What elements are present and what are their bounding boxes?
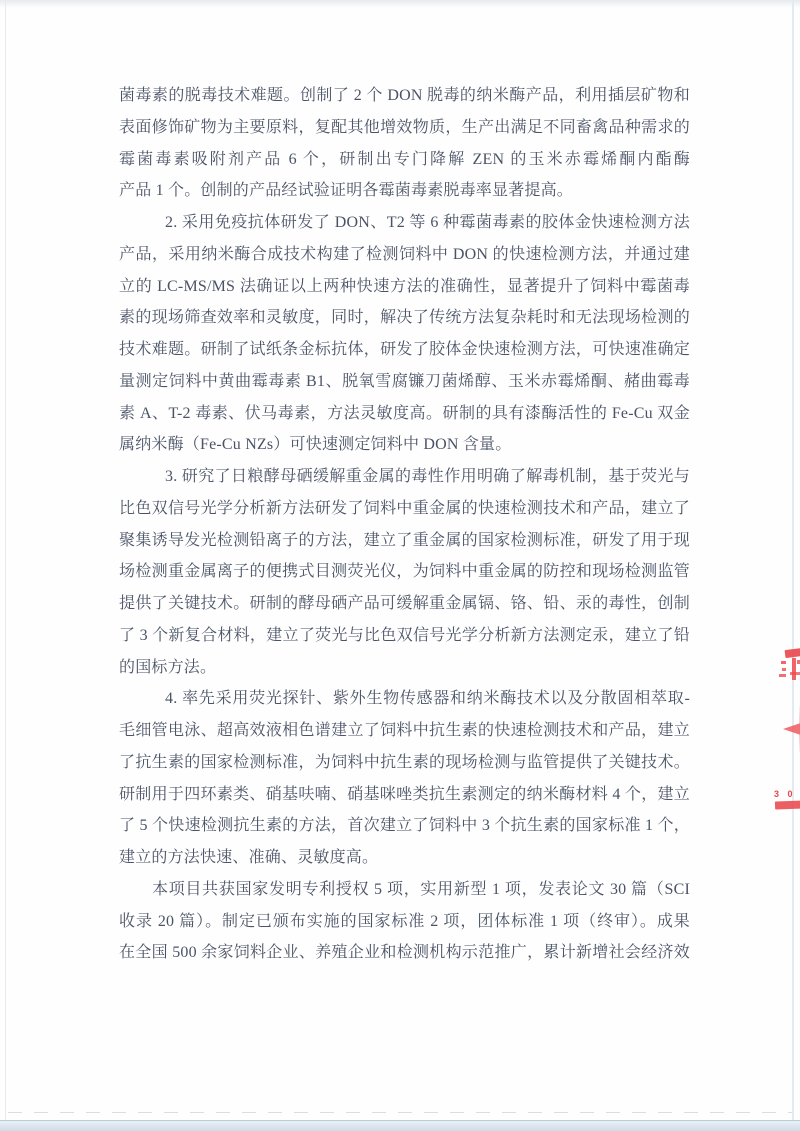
paragraph: 菌毒素的脱毒技术难题。创制了 2 个 DON 脱毒的纳米酶产品，利用插层矿物和表… (119, 80, 690, 207)
text-line: 的国标方法。 (119, 652, 690, 684)
text-line: 产品，采用纳米酶合成技术构建了检测饲料中 DON 的快速检测方法，并通过建 (119, 239, 690, 271)
text-line: 了 3 个新复合材料，建立了荧光与比色双信号光学分析新方法测定汞，建立了铅 (119, 620, 690, 652)
text-line: 收录 20 篇）。制定已颁布实施的国家标准 2 项，团体标准 1 项（终审）。成… (119, 906, 690, 938)
paragraph: 2. 采用免疫抗体研发了 DON、T2 等 6 种霉菌毒素的胶体金快速检测方法和… (119, 207, 690, 461)
text-line: 表面修饰矿物为主要原料，复配其他增效物质，生产出满足不同畜禽品种需求的 (119, 112, 690, 144)
text-line: 2. 采用免疫抗体研发了 DON、T2 等 6 种霉菌毒素的胶体金快速检测方法和 (119, 207, 690, 239)
text-line: 聚集诱导发光检测铅离子的方法，建立了重金属的国家检测标准，研发了用于现 (119, 525, 690, 557)
text-line: 产品 1 个。创制的产品经试验证明各霉菌毒素脱毒率显著提高。 (119, 175, 690, 207)
text-line: 研制用于四环素类、硝基呋喃、硝基咪唑类抗生素测定的纳米酶材料 4 个，建立 (119, 779, 690, 811)
scan-edge-bottom-band (0, 1120, 800, 1131)
scan-edge-bottom-line (8, 1112, 792, 1113)
paragraph: 4. 率先采用荧光探针、紫外生物传感器和纳米酶技术以及分散固相萃取-毛细管电泳、… (119, 683, 690, 874)
text-line: 本项目共获国家发明专利授权 5 项，实用新型 1 项，发表论文 30 篇（SCI (119, 874, 690, 906)
stamp-number: 3 0 (774, 789, 800, 799)
text-line: 霉菌毒素吸附剂产品 6 个，研制出专门降解 ZEN 的玉米赤霉烯酮内酯酶（ZEN… (119, 144, 690, 176)
text-line: 4. 率先采用荧光探针、紫外生物传感器和纳米酶技术以及分散固相萃取- (119, 683, 690, 715)
text-line: 了 5 个快速检测抗生素的方法，首次建立了饲料中 3 个抗生素的国家标准 1 个… (119, 810, 690, 842)
text-line: 场检测重金属离子的便携式目测荧光仪，为饲料中重金属的防控和现场检测监管 (119, 556, 690, 588)
text-line: 3. 研究了日粮酵母硒缓解重金属的毒性作用明确了解毒机制，基于荧光与 (119, 461, 690, 493)
text-line: 属纳米酶（Fe-Cu NZs）可快速测定饲料中 DON 含量。 (119, 429, 690, 461)
stamp-star-icon (781, 703, 800, 755)
paragraph: 3. 研究了日粮酵母硒缓解重金属的毒性作用明确了解毒机制，基于荧光与比色双信号光… (119, 461, 690, 683)
scanned-document-page: 菌毒素的脱毒技术难题。创制了 2 个 DON 脱毒的纳米酶产品，利用插层矿物和表… (0, 0, 800, 1131)
text-line: 毛细管电泳、超高效液相色谱建立了饲料中抗生素的快速检测技术和产品，建立 (119, 715, 690, 747)
text-block: 菌毒素的脱毒技术难题。创制了 2 个 DON 脱毒的纳米酶产品，利用插层矿物和表… (119, 80, 690, 969)
paragraph: 本项目共获国家发明专利授权 5 项，实用新型 1 项，发表论文 30 篇（SCI… (119, 874, 690, 969)
text-line: 了抗生素的国家检测标准，为饲料中抗生素的现场检测与监管提供了关键技术。 (119, 747, 690, 779)
scan-edge-right (792, 0, 794, 1120)
text-line: 立的 LC-MS/MS 法确证以上两种快速方法的准确性，显著提升了饲料中霉菌毒 (119, 271, 690, 303)
text-line: 提供了关键技术。研制的酵母硒产品可缓解重金属镉、铬、铅、汞的毒性，创制 (119, 588, 690, 620)
text-line: 建立的方法快速、准确、灵敏度高。 (119, 842, 690, 874)
text-line: 量测定饲料中黄曲霉毒素 B1、脱氧雪腐镰刀菌烯醇、玉米赤霉烯酮、赭曲霉毒 (119, 366, 690, 398)
text-line: 在全国 500 余家饲料企业、养殖企业和检测机构示范推广，累计新增社会经济效 (119, 937, 690, 969)
text-line: 技术难题。研制了试纸条金标抗体，研发了胶体金快速检测方法，可快速准确定 (119, 334, 690, 366)
text-line: 素 A、T-2 毒素、伏马毒素，方法灵敏度高。研制的具有漆酶活性的 Fe-Cu … (119, 398, 690, 430)
scan-edge-left (5, 0, 6, 1120)
text-line: 菌毒素的脱毒技术难题。创制了 2 个 DON 脱毒的纳米酶产品，利用插层矿物和 (119, 80, 690, 112)
text-line: 比色双信号光学分析新方法研发了饲料中重金属的快速检测技术和产品，建立了 (119, 493, 690, 525)
stamp-glyph-fragment (777, 658, 800, 682)
scan-edge-top (0, 0, 800, 8)
stamp-bar-fragment (785, 648, 800, 658)
text-line: 素的现场筛查效率和灵敏度，同时，解决了传统方法复杂耗时和无法现场检测的 (119, 302, 690, 334)
stamp-bar-fragment-bottom (775, 801, 800, 810)
